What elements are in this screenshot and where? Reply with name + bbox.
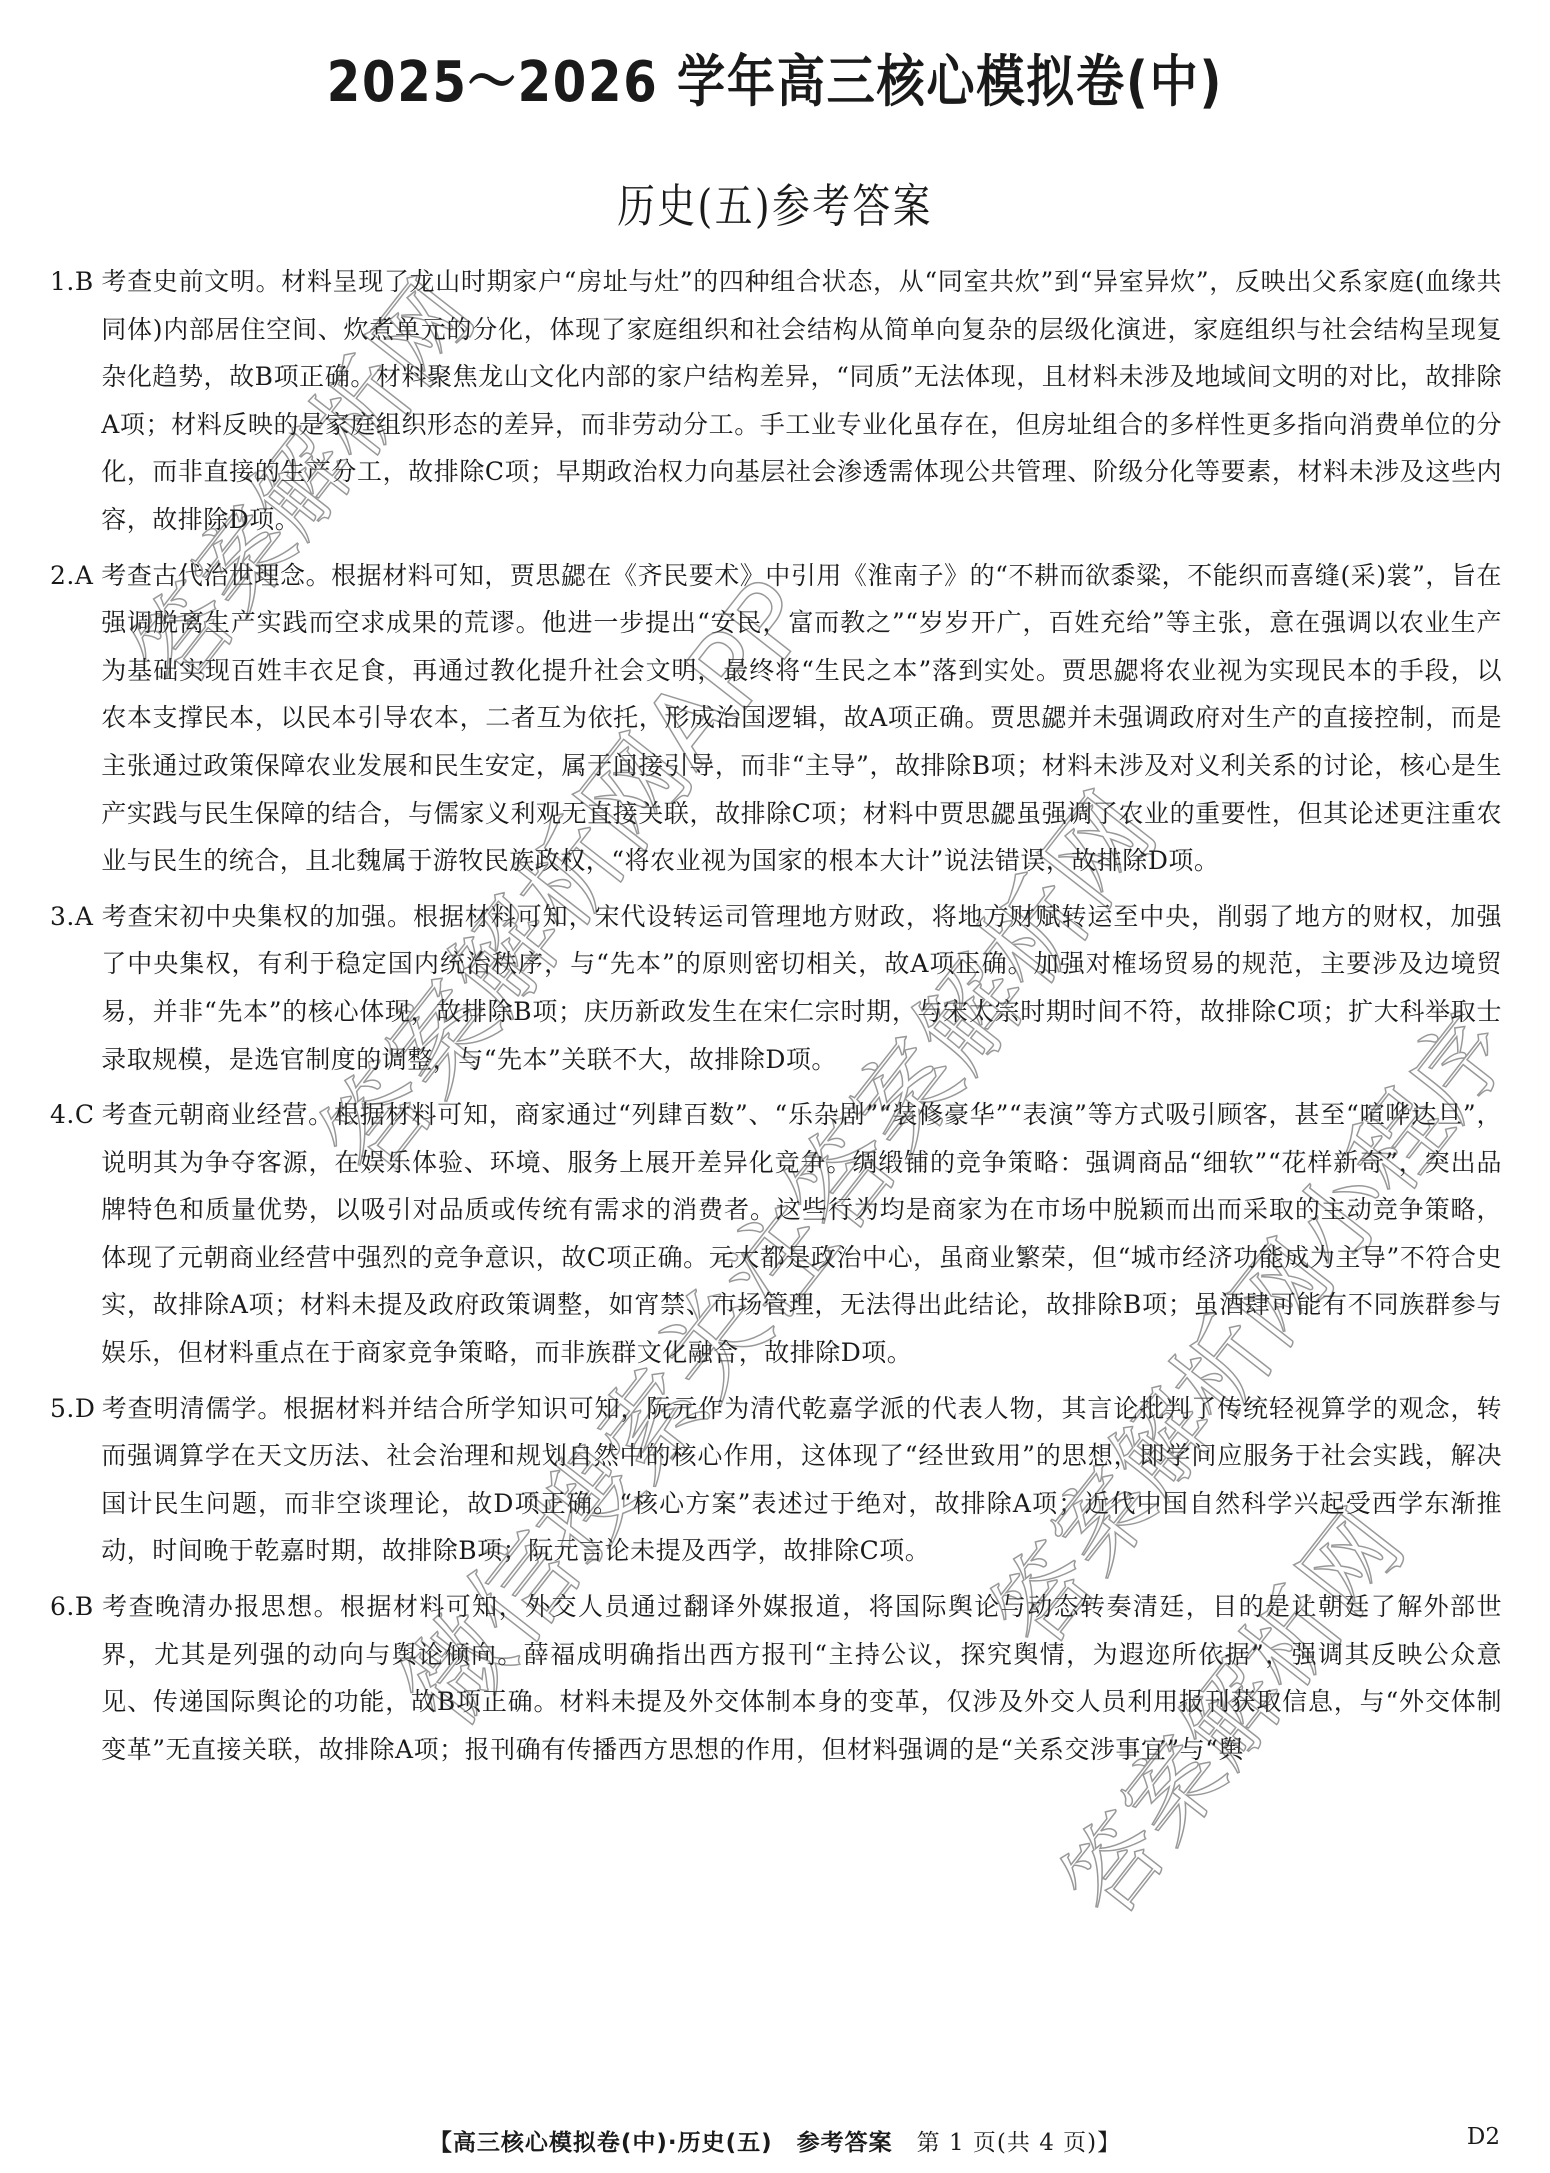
page-subtitle: 历史(五)参考答案	[140, 170, 1411, 236]
answer-number: 6.B	[50, 1583, 101, 1631]
answer-explanation: 考查宋初中央集权的加强。根据材料可知，宋代设转运司管理地方财政，将地方财赋转运至…	[101, 902, 1502, 1074]
answer-item-4: 4.C考查元朝商业经营。根据材料可知，商家通过“列肆百数”、“乐杂剧”“装修豪华…	[50, 1091, 1502, 1377]
answer-explanation: 考查古代治世理念。根据材料可知，贾思勰在《齐民要术》中引用《淮南子》的“不耕而欲…	[101, 561, 1502, 876]
answer-item-3: 3.A考查宋初中央集权的加强。根据材料可知，宋代设转运司管理地方财政，将地方财赋…	[50, 893, 1502, 1083]
answer-explanation: 考查明清儒学。根据材料并结合所学知识可知，阮元作为清代乾嘉学派的代表人物，其言论…	[101, 1394, 1502, 1566]
answer-item-2: 2.A考查古代治世理念。根据材料可知，贾思勰在《齐民要术》中引用《淮南子》的“不…	[50, 552, 1502, 885]
answer-explanation: 考查晚清办报思想。根据材料可知，外交人员通过翻译外媒报道，将国际舆论与动态转奏清…	[101, 1592, 1502, 1764]
footer-code: D2	[1467, 2124, 1500, 2150]
answer-item-6: 6.B考查晚清办报思想。根据材料可知，外交人员通过翻译外媒报道，将国际舆论与动态…	[50, 1583, 1502, 1773]
answer-explanation: 考查元朝商业经营。根据材料可知，商家通过“列肆百数”、“乐杂剧”“装修豪华”“表…	[101, 1100, 1502, 1367]
answer-number: 1.B	[50, 258, 101, 306]
answer-item-5: 5.D考查明清儒学。根据材料并结合所学知识可知，阮元作为清代乾嘉学派的代表人物，…	[50, 1385, 1502, 1575]
footer-label: 【高三核心模拟卷(中)·历史(五) 参考答案	[429, 2130, 893, 2156]
answer-item-1: 1.B考查史前文明。材料呈现了龙山时期家户“房址与灶”的四种组合状态，从“同室共…	[50, 258, 1502, 544]
answer-number: 5.D	[50, 1385, 101, 1433]
answer-list: 1.B考查史前文明。材料呈现了龙山时期家户“房址与灶”的四种组合状态，从“同室共…	[50, 258, 1502, 1781]
footer-page-info: 第 1 页(共 4 页)】	[917, 2130, 1121, 2156]
answer-number: 3.A	[50, 893, 101, 941]
answer-explanation: 考查史前文明。材料呈现了龙山时期家户“房址与灶”的四种组合状态，从“同室共炊”到…	[101, 267, 1502, 534]
page-footer: 【高三核心模拟卷(中)·历史(五) 参考答案 第 1 页(共 4 页)】	[0, 2124, 1550, 2157]
page-title: 2025～2026 学年高三核心模拟卷(中)	[109, 38, 1442, 118]
answer-number: 4.C	[50, 1091, 101, 1139]
answer-number: 2.A	[50, 552, 101, 600]
